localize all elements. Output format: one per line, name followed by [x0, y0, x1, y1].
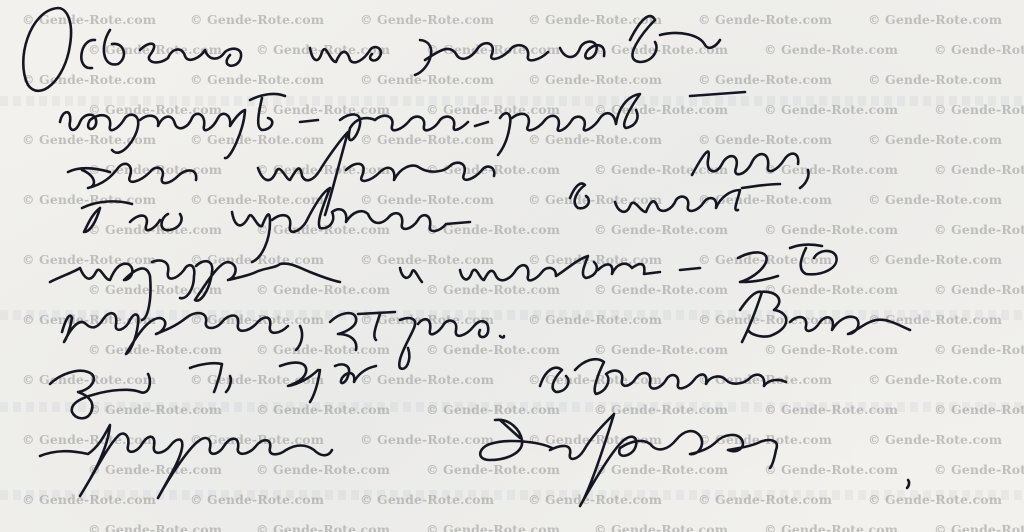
handwritten-line-5	[50, 245, 837, 320]
handwriting-ink	[0, 0, 1024, 532]
handwritten-line-2	[60, 92, 745, 158]
signature	[480, 414, 909, 506]
handwritten-line-4	[82, 183, 780, 262]
handwritten-line-7	[50, 359, 786, 418]
handwritten-line-1	[23, 8, 720, 91]
handwritten-line-3	[68, 132, 809, 215]
handwritten-line-6	[62, 292, 910, 369]
handwritten-line-8	[40, 425, 332, 498]
